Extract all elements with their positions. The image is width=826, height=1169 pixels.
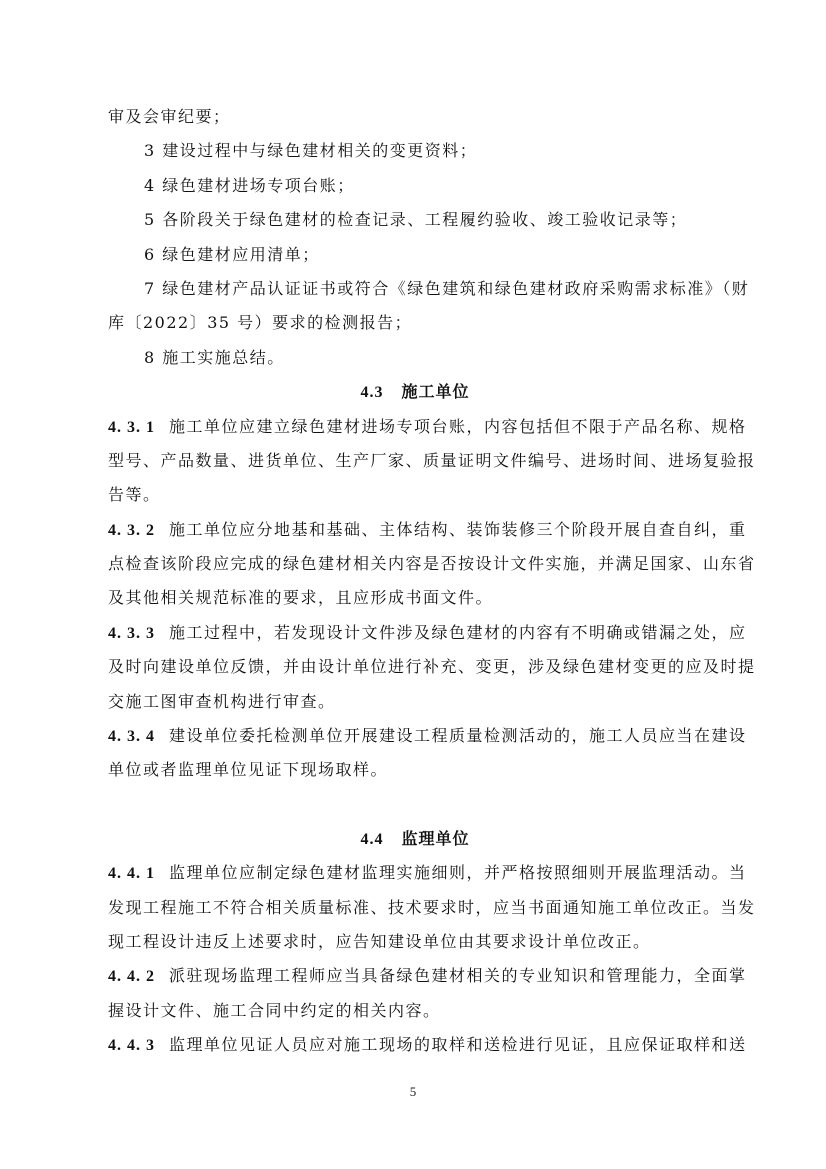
clause-text-line: 单位或者监理单位见证下现场取样。 bbox=[108, 753, 722, 787]
clause-text: 施工单位应分地基和基础、主体结构、装饰装修三个阶段开展自查自纠，重 bbox=[169, 520, 747, 539]
clause-text-line: 及时向建设单位反馈，并由设计单位进行补充、变更，涉及绿色建材变更的应及时提 bbox=[108, 650, 722, 684]
clause-text-line: 发现工程施工不符合相关质量标准、技术要求时，应当书面通知施工单位改正。当发 bbox=[108, 891, 722, 925]
list-item-4: 4 绿色建材进场专项台账； bbox=[108, 169, 722, 203]
clause-text: 派驻现场监理工程师应当具备绿色建材相关的专业知识和管理能力，全面掌 bbox=[169, 966, 747, 985]
clause-4-3-4: 4. 3. 4建设单位委托检测单位开展建设工程质量检测活动的，施工人员应当在建设 bbox=[108, 719, 722, 753]
clause-number: 4. 4. 1 bbox=[108, 865, 155, 882]
clause-4-3-2: 4. 3. 2施工单位应分地基和基础、主体结构、装饰装修三个阶段开展自查自纠，重 bbox=[108, 513, 722, 547]
clause-number: 4. 3. 3 bbox=[108, 625, 155, 642]
list-text: 建设过程中与绿色建材相关的变更资料； bbox=[162, 141, 477, 160]
clause-text-line: 点检查该阶段应完成的绿色建材相关内容是否按设计文件实施，并满足国家、山东省 bbox=[108, 547, 722, 581]
clause-text-line: 及其他相关规范标准的要求，且应形成书面文件。 bbox=[108, 581, 722, 615]
clause-text-line: 现工程设计违反上述要求时，应告知建设单位由其要求设计单位改正。 bbox=[108, 925, 722, 959]
list-item-5: 5 各阶段关于绿色建材的检查记录、工程履约验收、竣工验收记录等； bbox=[108, 203, 722, 237]
clause-4-4-1: 4. 4. 1监理单位应制定绿色建材监理实施细则，并严格按照细则开展监理活动。当 bbox=[108, 856, 722, 890]
list-text: 施工实施总结。 bbox=[162, 348, 285, 367]
list-number: 3 bbox=[144, 141, 156, 160]
list-text: 各阶段关于绿色建材的检查记录、工程履约验收、竣工验收记录等； bbox=[162, 210, 687, 229]
clause-text: 施工单位应建立绿色建材进场专项台账，内容包括但不限于产品名称、规格 bbox=[169, 417, 747, 436]
clause-text: 施工过程中，若发现设计文件涉及绿色建材的内容有不明确或错漏之处，应 bbox=[169, 623, 747, 642]
list-text: 绿色建材应用清单； bbox=[162, 245, 320, 264]
document-page: 审及会审纪要； 3 建设过程中与绿色建材相关的变更资料； 4 绿色建材进场专项台… bbox=[108, 100, 722, 1063]
section-title: 施工单位 bbox=[401, 382, 469, 401]
clause-number: 4. 3. 4 bbox=[108, 728, 155, 745]
clause-text: 监理单位见证人员应对施工现场的取样和送检进行见证，且应保证取样和送 bbox=[169, 1035, 747, 1054]
list-text: 绿色建材进场专项台账； bbox=[162, 176, 355, 195]
clause-text-line: 型号、产品数量、进货单位、生产厂家、质量证明文件编号、进场时间、进场复验报 bbox=[108, 444, 722, 478]
list-number: 4 bbox=[144, 176, 156, 195]
list-item-7: 7 绿色建材产品认证证书或符合《绿色建筑和绿色建材政府采购需求标准》（财 bbox=[108, 272, 722, 306]
clause-number: 4. 4. 2 bbox=[108, 968, 155, 985]
list-number: 7 bbox=[144, 279, 156, 298]
list-item-8: 8 施工实施总结。 bbox=[108, 341, 722, 375]
list-item-6: 6 绿色建材应用清单； bbox=[108, 238, 722, 272]
list-text: 绿色建材产品认证证书或符合《绿色建筑和绿色建材政府采购需求标准》（财 bbox=[162, 279, 749, 298]
continuation-line: 审及会审纪要； bbox=[108, 100, 722, 134]
clause-text-line: 交施工图审查机构进行审查。 bbox=[108, 685, 722, 719]
section-title: 监理单位 bbox=[401, 829, 469, 848]
clause-4-3-1: 4. 3. 1施工单位应建立绿色建材进场专项台账，内容包括但不限于产品名称、规格 bbox=[108, 410, 722, 444]
clause-4-4-2: 4. 4. 2派驻现场监理工程师应当具备绿色建材相关的专业知识和管理能力，全面掌 bbox=[108, 959, 722, 993]
section-heading-4-4: 4.4监理单位 bbox=[108, 822, 722, 856]
list-item-7-continued: 库〔2022〕35 号）要求的检测报告； bbox=[108, 306, 722, 340]
clause-text: 监理单位应制定绿色建材监理实施细则，并严格按照细则开展监理活动。当 bbox=[169, 863, 747, 882]
list-number: 8 bbox=[144, 348, 156, 367]
page-number: 5 bbox=[0, 1084, 826, 1100]
clause-number: 4. 3. 2 bbox=[108, 522, 155, 539]
clause-number: 4. 3. 1 bbox=[108, 419, 155, 436]
list-item-3: 3 建设过程中与绿色建材相关的变更资料； bbox=[108, 134, 722, 168]
clause-4-3-3: 4. 3. 3施工过程中，若发现设计文件涉及绿色建材的内容有不明确或错漏之处，应 bbox=[108, 616, 722, 650]
section-gap bbox=[108, 788, 722, 822]
list-number: 6 bbox=[144, 245, 156, 264]
clause-4-4-3: 4. 4. 3监理单位见证人员应对施工现场的取样和送检进行见证，且应保证取样和送 bbox=[108, 1028, 722, 1062]
list-number: 5 bbox=[144, 210, 156, 229]
clause-text-line: 告等。 bbox=[108, 478, 722, 512]
section-number: 4.4 bbox=[360, 831, 383, 848]
clause-text-line: 握设计文件、施工合同中约定的相关内容。 bbox=[108, 994, 722, 1028]
clause-number: 4. 4. 3 bbox=[108, 1037, 155, 1054]
section-heading-4-3: 4.3施工单位 bbox=[108, 375, 722, 409]
section-number: 4.3 bbox=[360, 384, 383, 401]
clause-text: 建设单位委托检测单位开展建设工程质量检测活动的，施工人员应当在建设 bbox=[169, 726, 747, 745]
